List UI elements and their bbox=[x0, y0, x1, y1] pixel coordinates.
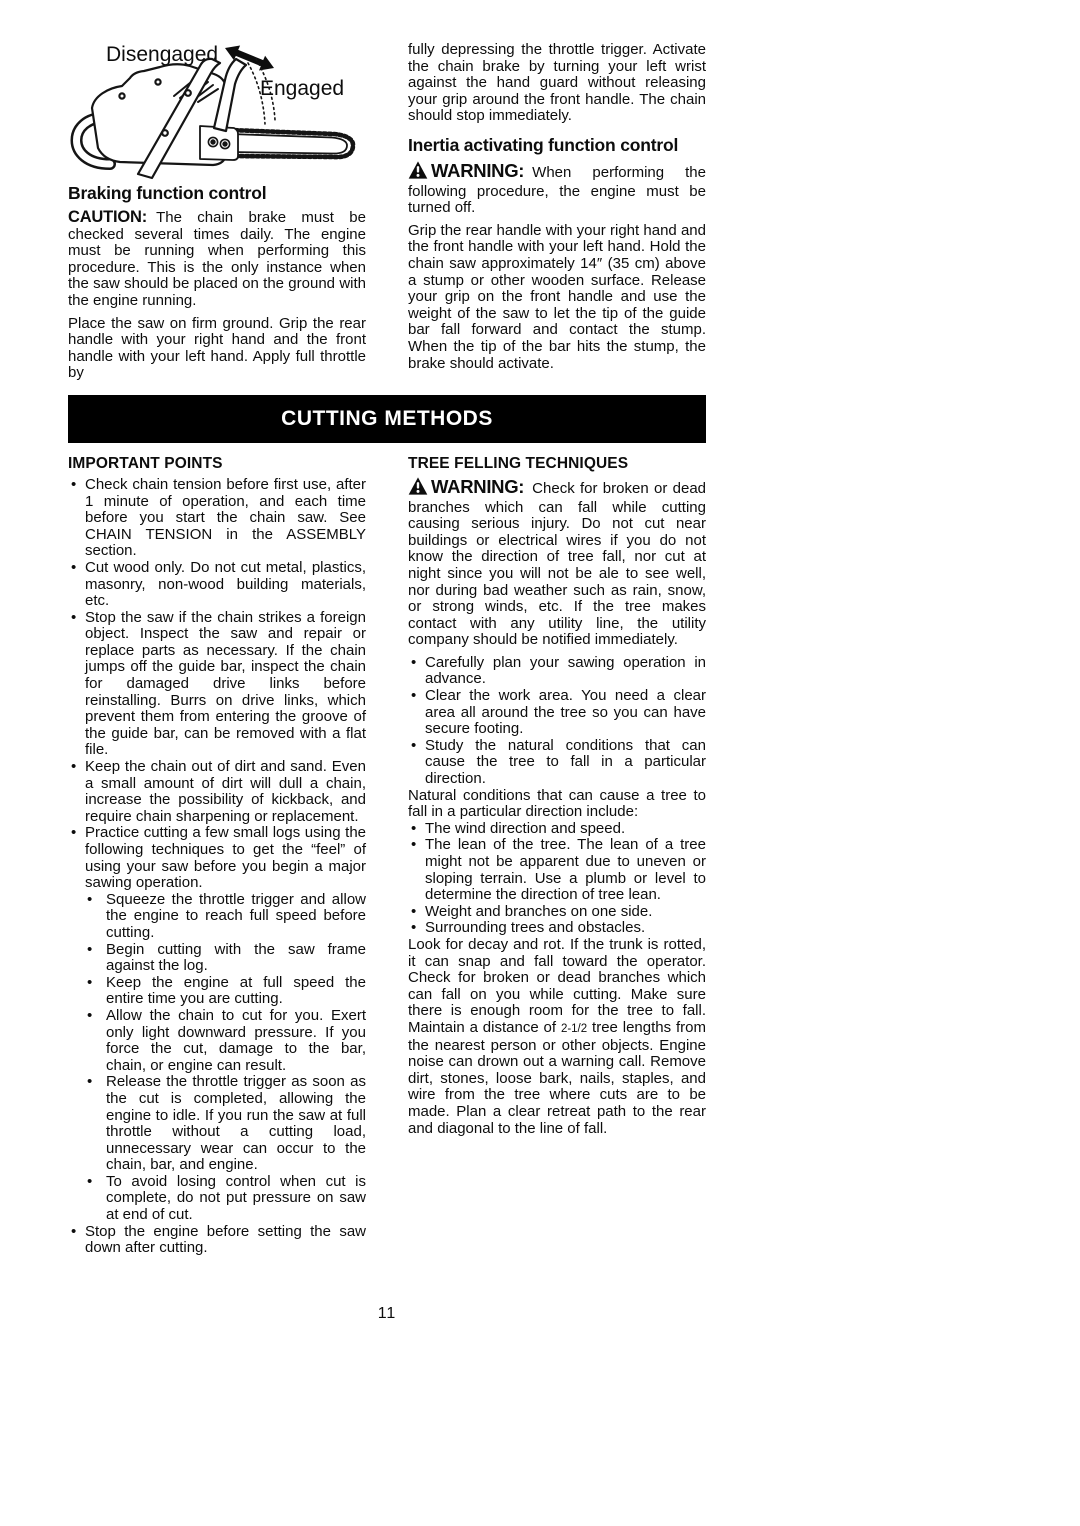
list-item: •The wind direction and speed. bbox=[408, 821, 706, 838]
section-banner-title: CUTTING METHODS bbox=[281, 407, 493, 431]
bullet-icon: • bbox=[87, 1174, 92, 1191]
tree-felling-heading: TREE FELLING TECHNIQUES bbox=[408, 455, 706, 473]
list-item: •Check chain tension before first use, a… bbox=[68, 477, 366, 560]
braking-paragraph-2: Place the saw on firm ground. Grip the r… bbox=[68, 316, 366, 382]
bullet-icon: • bbox=[87, 1074, 92, 1091]
list-item: •Release the throttle trigger as soon as… bbox=[68, 1074, 366, 1174]
bullet-icon: • bbox=[411, 837, 416, 854]
warning-icon bbox=[408, 161, 428, 184]
inertia-paragraph: Grip the rear handle with your right han… bbox=[408, 223, 706, 372]
list-item: •Begin cutting with the saw frame agains… bbox=[68, 942, 366, 975]
bullet-icon: • bbox=[87, 1008, 92, 1025]
top-left-column: Disengaged Engaged bbox=[68, 38, 366, 388]
list-item: •To avoid losing control when cut is com… bbox=[68, 1174, 366, 1224]
caution-label: CAUTION: bbox=[68, 208, 147, 226]
section-banner: CUTTING METHODS bbox=[68, 395, 706, 443]
list-item: •Stop the engine before setting the saw … bbox=[68, 1224, 366, 1257]
warning-label: WARNING: bbox=[431, 160, 524, 181]
bullet-icon: • bbox=[87, 942, 92, 959]
chainsaw-illustration: Disengaged Engaged bbox=[62, 38, 366, 180]
inertia-warning-paragraph: WARNING:When performing the following pr… bbox=[408, 161, 706, 217]
bottom-section: IMPORTANT POINTS •Check chain tension be… bbox=[68, 455, 706, 1257]
warning-icon bbox=[408, 477, 428, 500]
tree-felling-warning-paragraph: WARNING:Check for broken or dead branche… bbox=[408, 477, 706, 649]
list-item: •Clear the work area. You need a clear a… bbox=[408, 688, 706, 738]
bullet-icon: • bbox=[71, 610, 76, 627]
top-section: Disengaged Engaged bbox=[68, 38, 706, 388]
bullet-icon: • bbox=[71, 560, 76, 577]
manual-page: Disengaged Engaged bbox=[0, 0, 1080, 1526]
list-item: •Weight and branches on one side. bbox=[408, 904, 706, 921]
bullet-icon: • bbox=[411, 920, 416, 937]
list-item: •Surrounding trees and obstacles. bbox=[408, 920, 706, 937]
braking-caution-paragraph: CAUTION:The chain brake must be checked … bbox=[68, 209, 366, 310]
guide-bar bbox=[230, 134, 347, 154]
top-right-column: fully depressing the throttle trigger. A… bbox=[408, 38, 706, 378]
bullet-icon: • bbox=[87, 892, 92, 909]
closing-paragraph: Look for decay and rot. If the trunk is … bbox=[408, 937, 706, 1137]
list-item: •Cut wood only. Do not cut metal, plasti… bbox=[68, 560, 366, 610]
natural-conditions-intro: Natural conditions that can cause a tree… bbox=[408, 788, 706, 821]
bullet-icon: • bbox=[71, 825, 76, 842]
list-item: •Keep the engine at full speed the entir… bbox=[68, 975, 366, 1008]
bullet-icon: • bbox=[71, 477, 76, 494]
important-points-heading: IMPORTANT POINTS bbox=[68, 455, 366, 473]
bullet-icon: • bbox=[411, 821, 416, 838]
bottom-left-column: IMPORTANT POINTS •Check chain tension be… bbox=[68, 455, 366, 1257]
bottom-right-column: TREE FELLING TECHNIQUES WARNING:Check fo… bbox=[408, 455, 706, 1143]
fraction-text: 2-1/2 bbox=[561, 1023, 587, 1035]
list-item: •The lean of the tree. The lean of a tre… bbox=[408, 837, 706, 903]
bullet-icon: • bbox=[411, 904, 416, 921]
bullet-icon: • bbox=[411, 655, 416, 672]
bullet-icon: • bbox=[71, 1224, 76, 1241]
list-item: •Study the natural conditions that can c… bbox=[408, 738, 706, 788]
figure-label-engaged: Engaged bbox=[260, 77, 344, 100]
page-content: Disengaged Engaged bbox=[68, 38, 706, 1323]
bullet-icon: • bbox=[411, 688, 416, 705]
list-item: •Allow the chain to cut for you. Exert o… bbox=[68, 1008, 366, 1074]
page-number: 11 bbox=[68, 1305, 706, 1323]
list-item: •Practice cutting a few small logs using… bbox=[68, 825, 366, 891]
warning-text: Check for broken or dead branches which … bbox=[408, 480, 706, 648]
list-item: •Keep the chain out of dirt and sand. Ev… bbox=[68, 759, 366, 825]
braking-heading: Braking function control bbox=[68, 183, 366, 204]
bullet-icon: • bbox=[411, 738, 416, 755]
bullet-icon: • bbox=[71, 759, 76, 776]
inertia-heading: Inertia activating function control bbox=[408, 135, 706, 156]
continuation-paragraph: fully depressing the throttle trigger. A… bbox=[408, 38, 706, 125]
bullet-icon: • bbox=[87, 975, 92, 992]
list-item: •Stop the saw if the chain strikes a for… bbox=[68, 610, 366, 759]
list-item: •Carefully plan your sawing operation in… bbox=[408, 655, 706, 688]
warning-label: WARNING: bbox=[431, 476, 524, 497]
list-item: •Squeeze the throttle trigger and allow … bbox=[68, 892, 366, 942]
